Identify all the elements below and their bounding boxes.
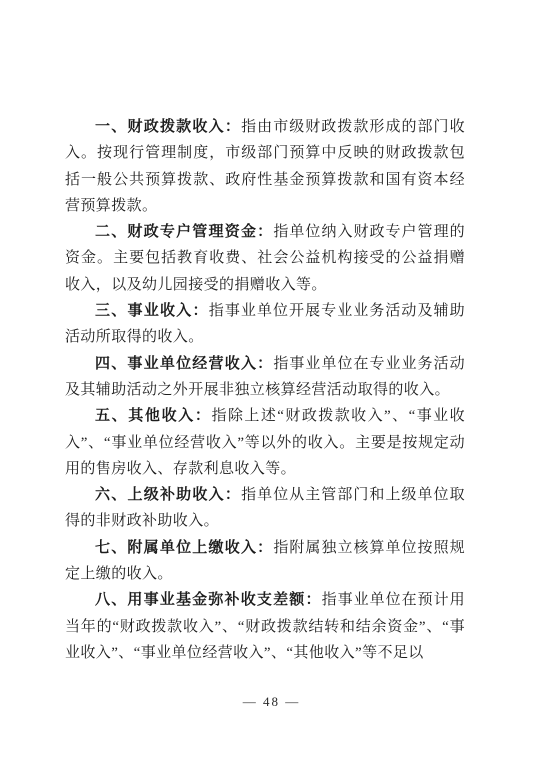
page-body-text: 一、财政拨款收入：指由市级财政拨款形成的部门收入。按现行管理制度，市级部门预算中… xyxy=(65,114,465,666)
paragraph-heading: 五、其他收入： xyxy=(95,408,212,424)
paragraph-heading: 四、事业单位经营收入： xyxy=(95,356,273,372)
paragraph: 三、事业收入：指事业单位开展专业业务活动及辅助活动所取得的收入。 xyxy=(65,298,465,351)
paragraph-heading: 一、财政拨款收入： xyxy=(95,119,241,135)
paragraph: 六、上级补助收入：指单位从主管部门和上级单位取得的非财政补助收入。 xyxy=(65,482,465,535)
document-page: 一、财政拨款收入：指由市级财政拨款形成的部门收入。按现行管理制度，市级部门预算中… xyxy=(0,0,543,768)
paragraph: 二、财政专户管理资金：指单位纳入财政专户管理的资金。主要包括教育收费、社会公益机… xyxy=(65,219,465,298)
paragraph-heading: 六、上级补助收入： xyxy=(95,487,241,503)
paragraph: 八、用事业基金弥补收支差额：指事业单位在预计用当年的“财政拨款收入”、“财政拨款… xyxy=(65,587,465,666)
paragraph-heading: 七、附属单位上缴收入： xyxy=(95,540,273,556)
paragraph-heading: 二、财政专户管理资金： xyxy=(95,224,273,240)
paragraph: 七、附属单位上缴收入：指附属独立核算单位按照规定上缴的收入。 xyxy=(65,535,465,588)
page-number: — 48 — xyxy=(0,694,543,710)
paragraph: 四、事业单位经营收入：指事业单位在专业业务活动及其辅助活动之外开展非独立核算经营… xyxy=(65,351,465,404)
paragraph: 一、财政拨款收入：指由市级财政拨款形成的部门收入。按现行管理制度，市级部门预算中… xyxy=(65,114,465,219)
paragraph: 五、其他收入：指除上述“财政拨款收入”、“事业收入”、“事业单位经营收入”等以外… xyxy=(65,403,465,482)
paragraph-heading: 三、事业收入： xyxy=(95,303,209,319)
paragraph-heading: 八、用事业基金弥补收支差额： xyxy=(95,592,322,608)
